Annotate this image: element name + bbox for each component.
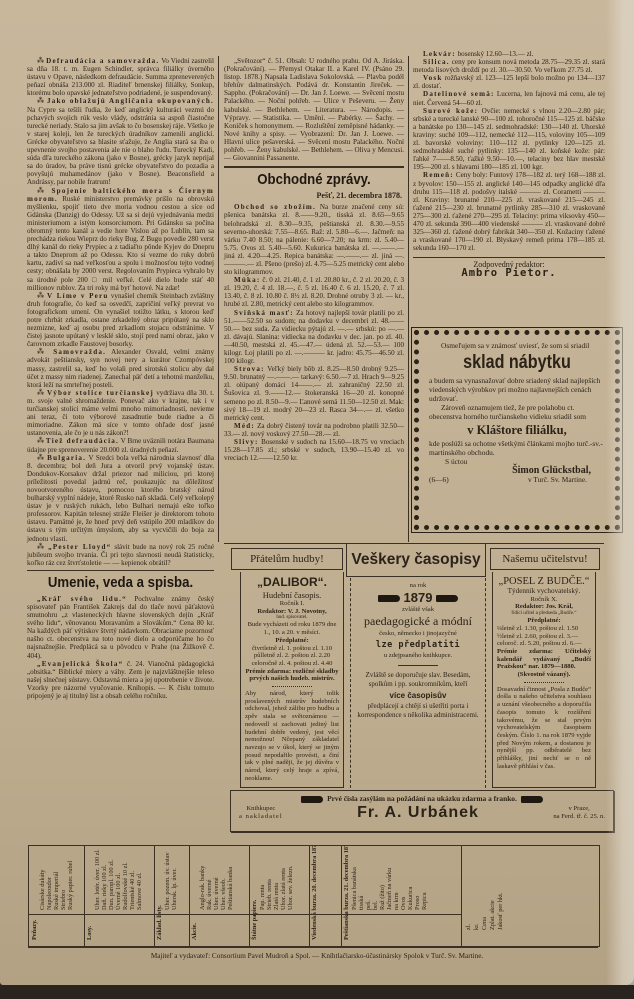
dalibor-pricing-label: Předplatné: bbox=[275, 637, 308, 644]
value-separator bbox=[29, 914, 84, 915]
news-item: Silica. ceny pre konsum nová metoda 28.7… bbox=[413, 58, 605, 74]
market-row-label: Salmove 40 zl. bbox=[136, 850, 143, 910]
news-item-lead: Tiež defraudácia. bbox=[46, 437, 119, 445]
newspaper-page: ⁂ Defraudácia a samovražda. Vo Viedni za… bbox=[0, 0, 634, 985]
ad-intro: Osmeľujem sa v známosť uviesť, že som si… bbox=[429, 341, 605, 350]
posel-subtitle: Týdenník vychovatelský. bbox=[497, 588, 591, 596]
price-line: ¼letně zl. 1.30, poštou zl. 1.50 bbox=[497, 625, 591, 633]
ad-header-periodicals: Veškery časopisy bbox=[346, 543, 486, 577]
news-column-left: ⁂ Defraudácia a samovražda. Vo Viedni za… bbox=[27, 57, 214, 700]
pointing-hand-icon bbox=[436, 595, 458, 602]
news-item: Remeň: Ceny boly: Funtový 178—182 zl. te… bbox=[413, 171, 605, 252]
ad-header-teachers: Našemu učitelstvu! bbox=[490, 548, 600, 570]
value-separator bbox=[309, 914, 341, 915]
market-section: Základ. listy.Uher. pozem. úv. ústavUher… bbox=[154, 846, 190, 946]
periodicals-body: Zvláště se doporučuje slav. Besedám, spo… bbox=[355, 671, 481, 690]
market-section-title: Základ. listy. bbox=[156, 850, 163, 940]
section-divider bbox=[224, 166, 404, 168]
news-item: ⁂ Tiež defraudácia. V Brne uväznili notá… bbox=[27, 437, 214, 453]
dalibor-body: Aby národ, který tolik proslavených mist… bbox=[245, 690, 339, 782]
news-column-right: Lekvár: bosenský 12.60—13.— zl.Silica. c… bbox=[413, 50, 605, 278]
dalibor-schedule: Bude vycházeti od roku 1879 dne 1., 10. … bbox=[245, 621, 339, 636]
news-item-lead: Bulgaria. bbox=[47, 454, 86, 462]
news-item: ⁂ Spojenie baltického mora s Čiernym mor… bbox=[27, 187, 214, 292]
news-item: ⁂ Samovražda. Alexander Osvald, velmi zn… bbox=[27, 348, 214, 388]
section-divider bbox=[413, 257, 605, 258]
market-section-title: Štátne papiere. bbox=[251, 850, 258, 940]
price-line: čtvrtletně zl. 1. poštou zl. 1.10 bbox=[245, 645, 339, 653]
svetozor-notice: „Světozor“ č. 51. Obsah: U rodného prahu… bbox=[224, 57, 404, 162]
posel-body: Dosavadní činnost „Posla z Budče“ došla … bbox=[497, 686, 591, 771]
dalibor-editor: Redaktor: V. J. Novotny, bbox=[257, 608, 326, 615]
ad-body: a budem sa vynasnažovať dobre sriadený s… bbox=[429, 376, 605, 403]
news-item-lead: Jako oblažujú Angličania okupovaných. bbox=[47, 97, 214, 105]
news-item-lead: Vosk bbox=[423, 74, 443, 82]
news-item: ⁂ Defraudácia a samovražda. Vo Viedni za… bbox=[27, 57, 214, 97]
furniture-store-ad: Osmeľujem sa v známosť uviesť, že som si… bbox=[414, 330, 620, 530]
news-item-text: Ceny boly: Funtový 178—182 zl. terý 168—… bbox=[413, 171, 605, 252]
posel-premium: Prémie zdarma: Učitelský kalendář vydáva… bbox=[497, 648, 591, 670]
arts-items: „Kráľ svého lidu.“ Pochvalne známy český… bbox=[27, 595, 214, 700]
ad-body: Zároveň oznamujem tiež, že pre polahobu … bbox=[429, 403, 605, 421]
news-item-lead: Obchod so zbožím. bbox=[234, 203, 316, 211]
ad-headline: sklad nábytku bbox=[442, 350, 592, 376]
news-item-lead: „Evanjelická Škola“ bbox=[37, 660, 123, 668]
dateline: Pešť, 21. decembra 1878. bbox=[224, 192, 402, 200]
news-item-text: Za hotový najlepší továr platili po zl. … bbox=[224, 309, 404, 366]
market-section-title: Akcie. bbox=[191, 850, 198, 940]
posel-pricing: ¼letně zl. 1.30, poštou zl. 1.50½letně z… bbox=[497, 625, 591, 648]
news-item: Lekvár: bosenský 12.60—13.— zl. bbox=[413, 50, 605, 58]
news-item: Slivy: Bosenské v sudoch na 15.60—18.75 … bbox=[224, 438, 404, 462]
pointing-hand-icon bbox=[521, 796, 543, 803]
market-column-header: kr. bbox=[473, 850, 480, 930]
news-item-lead: Defraudácia a samovražda. bbox=[46, 57, 159, 65]
market-price-table: Peňazy.Cisárske dukátyNapoleondorRuské i… bbox=[28, 845, 600, 947]
value-separator bbox=[154, 914, 189, 915]
publisher-banner: Prvé čísla zasýlám na požádání na ukázku… bbox=[230, 790, 614, 832]
news-item: Surové kože: Ovčie: nemecké s vlnou 2.20… bbox=[413, 107, 605, 172]
news-item-lead: Výbor stolice turčianskej bbox=[47, 389, 154, 397]
periodicals-headline: paedagogické a módní bbox=[355, 613, 481, 630]
news-item: „Evanjelická Škola“ č. 24. Vianočná päda… bbox=[27, 660, 214, 700]
ad-signature: Šimon Glückstbal, bbox=[429, 466, 591, 475]
editor-name: Ambro Pietor. bbox=[413, 269, 605, 277]
market-row-label: Ruský papier. rubel bbox=[67, 850, 74, 910]
column-rule bbox=[218, 56, 219, 542]
pointing-hand-icon bbox=[378, 595, 400, 602]
table-bottom-rule bbox=[28, 946, 598, 948]
market-column-header: Cena bbox=[481, 850, 488, 930]
publisher-name: Fr. A. Urbánek bbox=[357, 804, 479, 822]
news-item: „Kráľ svého lidu.“ Pochvalne známy český… bbox=[27, 595, 214, 660]
news-item: ⁂ „Pester Lloyd“ slávit bude na nový rok… bbox=[27, 543, 214, 567]
column-rule bbox=[408, 56, 409, 542]
news-item-lead: Slivy: bbox=[234, 438, 259, 446]
section-title-trade: Obchodné zprávy. bbox=[235, 171, 393, 189]
section-divider bbox=[27, 570, 214, 571]
price-line: ½letně zl. 2.60, poštou zl. 3.— bbox=[497, 633, 591, 641]
for-year-label: na rok bbox=[355, 582, 481, 590]
where-label: u zdejpsaného knihkupce. bbox=[355, 652, 481, 660]
ad-body: kde poslúži sa ochotne všetkými článkami… bbox=[429, 439, 605, 457]
especially-label: zvláště však bbox=[355, 606, 481, 614]
news-item-lead: Méd: bbox=[234, 422, 255, 430]
publisher-address: v Praze,na Ferd. tř. č. 25. n. bbox=[553, 805, 605, 821]
posel-pricing-label: Předplatné: bbox=[527, 617, 560, 624]
market-section: Losy.Uher. lotér. úver. 100 zl.Daň. riek… bbox=[84, 846, 155, 946]
news-item: Strova: Veľký biely bôb zl. 8.25—8.50 dr… bbox=[224, 365, 404, 422]
news-item-lead: Remeň: bbox=[423, 171, 454, 179]
news-item-text: Na Cypre sa tešili ľudia, že keď anglick… bbox=[27, 106, 214, 187]
banner-line: Prvé čísla zasýlám na požádání na ukázku… bbox=[231, 793, 613, 804]
news-item-text: vydržiava dňa 30. t. m. svoje valné shro… bbox=[27, 389, 214, 437]
news-items: ⁂ Defraudácia a samovražda. Vo Viedni za… bbox=[27, 57, 214, 567]
value-separator bbox=[189, 914, 249, 915]
market-row-label: Uhor. sev. železn. bbox=[287, 850, 294, 910]
value-separator bbox=[249, 914, 309, 915]
news-item-lead: Strova: bbox=[234, 365, 265, 373]
news-item-lead: „Pester Lloyd“ bbox=[48, 543, 111, 551]
posel-volume: Ročník X. bbox=[497, 596, 591, 604]
news-item: ⁂ Výbor stolice turčianskej vydržiava dň… bbox=[27, 389, 214, 438]
news-item-lead: V Líme v Peru bbox=[47, 292, 109, 300]
ornament-divider bbox=[272, 686, 312, 687]
news-item: Datelinové semä: Lucerna, len fajnová má… bbox=[413, 90, 605, 106]
ad-subheadline: v Kláštore filiálku, bbox=[429, 421, 605, 439]
news-item-text: V Sredci bola veľká národnia slavnosť dň… bbox=[27, 454, 214, 543]
news-item-text: bosenský 12.60—13.— zl. bbox=[458, 50, 534, 58]
trade-items-continued: Lekvár: bosenský 12.60—13.— zl.Silica. c… bbox=[413, 50, 605, 252]
news-item-text: Veľký biely bôb zl. 8.25—8.50 drobný 9.2… bbox=[224, 365, 404, 422]
news-item: Múka: č. 0 zl. 21.40, č. 1 zl. 20.80 kr.… bbox=[224, 276, 404, 308]
news-item-lead: „Kráľ svého lidu.“ bbox=[37, 595, 127, 603]
news-item-text: Pochvalne známy český spisovateľ pán Fra… bbox=[27, 595, 214, 660]
periodicals-body: předplácejí a chtějí si ušetřiti porta i… bbox=[355, 702, 481, 721]
languages: česko, německo i jinojazyčné bbox=[355, 630, 481, 638]
news-item: Obchod so zbožím. Na burze značené ceny … bbox=[224, 203, 404, 276]
periodicals-ad: na rok 1879 zvláště však paedagogické a … bbox=[350, 578, 486, 788]
news-item: ⁂ Jako oblažujú Angličania okupovaných. … bbox=[27, 97, 214, 186]
dalibor-premium: Prémie zdarma: rozličné skladby prvých n… bbox=[245, 668, 338, 683]
news-item: Vosk rožňavský zl. 123—125 lepší bolo mo… bbox=[413, 74, 605, 90]
dalibor-subtitle: Hudební časopis. bbox=[245, 590, 339, 600]
dalibor-title: „DALIBOR“. bbox=[245, 575, 339, 590]
year-row: 1879 bbox=[355, 590, 481, 606]
news-item-lead: Lekvár: bbox=[423, 50, 456, 58]
market-section: Peštianska burza. 21. decembra 1878.Pšen… bbox=[341, 846, 462, 946]
news-item: Méd: Za dobrý čistený továr na podrobno … bbox=[224, 422, 404, 438]
market-section: Akcie.Anglo-rak. bankyRak. úvernéUher. ú… bbox=[189, 846, 250, 946]
subscribe-label: lze předplatiti bbox=[355, 638, 481, 652]
year: 1879 bbox=[404, 590, 433, 605]
posel-editor: Redaktor: Jos. Král, bbox=[515, 603, 573, 610]
market-section-title: Peštianska burza. 21. decembra 1878. bbox=[343, 850, 350, 940]
news-item-lead: Samovražda. bbox=[53, 348, 106, 356]
ornament-divider bbox=[524, 682, 564, 683]
market-section: Štátne papiere.Pap. rentaStrieb. rentaZl… bbox=[249, 846, 310, 946]
section-title-arts: Umenie, veda a spisba. bbox=[38, 574, 203, 592]
market-section: Viedenská burza. 20. decembra 1878. bbox=[309, 846, 342, 946]
news-item-lead: Múka: bbox=[234, 276, 261, 284]
divider bbox=[398, 665, 438, 666]
ad-header-music: Přátelům hudby! bbox=[231, 548, 343, 570]
news-item-text: Ruské ministerstvo premávky prišlo na ob… bbox=[27, 195, 214, 292]
posel-bound: (Skvostně vázaný). bbox=[518, 671, 571, 678]
news-item-lead: Sviňská masť: bbox=[234, 309, 294, 317]
pointing-hand-icon bbox=[301, 796, 323, 803]
market-row-label: Peštianská banka bbox=[227, 850, 234, 910]
dalibor-volume: Ročník I. bbox=[245, 600, 339, 608]
price-line: celoroč. zl. 5.20, poštou zl. 6.— bbox=[497, 640, 591, 648]
market-section-title: Losy. bbox=[86, 850, 93, 940]
news-item-text: Na burze značené ceny sú: pšenica banáts… bbox=[224, 203, 404, 276]
market-section-title: Viedenská burza. 20. decembra 1878. bbox=[311, 850, 318, 940]
dalibor-ad: „DALIBOR“. Hudební časopis. Ročník I. Re… bbox=[240, 572, 344, 788]
news-item-text: vynašiel chemik Steinbach zvláštny druh … bbox=[27, 292, 214, 349]
market-section-title: Peňazy. bbox=[31, 850, 38, 940]
dalibor-pricing: čtvrtletně zl. 1. poštou zl. 1.10půlletn… bbox=[245, 645, 339, 668]
posel-z-budce-ad: „POSEL Z BUDČE.“ Týdenník vychovatelský.… bbox=[492, 572, 596, 788]
ad-number: (6—6) bbox=[429, 475, 449, 484]
trade-items: Obchod so zbožím. Na burze značené ceny … bbox=[224, 203, 404, 462]
market-column-header: zl. bbox=[465, 850, 472, 930]
news-item-text: Ovčie: nemecké s vlnou 2.20—2.80 pár; sr… bbox=[413, 107, 605, 172]
news-item-lead: Silica. bbox=[423, 58, 450, 66]
news-column-middle: „Světozor“ č. 51. Obsah: U rodného prahu… bbox=[224, 57, 404, 462]
market-column-header: Zplat. akcie bbox=[489, 850, 496, 930]
market-section: Peňazy.Cisárske dukátyNapoleondorRuské i… bbox=[29, 846, 85, 946]
news-item: ⁂ Bulgaria. V Sredci bola veľká národnia… bbox=[27, 454, 214, 543]
price-line: půlletně zl. 2. poštou zl. 2.20 bbox=[245, 652, 339, 660]
news-item: ⁂ V Líme v Peru vynašiel chemik Steinbac… bbox=[27, 292, 214, 349]
ad-location: v Turč. Sv. Martine. bbox=[528, 475, 587, 484]
market-row-label: Uhersk. lp. úver. bbox=[171, 850, 178, 910]
news-item-lead: Datelinové semä: bbox=[423, 90, 495, 98]
imprint-footer: Majiteľ a vydavateľ: Consortium Pavel Mu… bbox=[0, 952, 634, 960]
publisher-role: Knihkupeca nakladatel bbox=[239, 805, 283, 821]
market-row-label: Repica bbox=[421, 850, 428, 910]
banner-text: Prvé čísla zasýlám na požádání na ukázku… bbox=[327, 794, 517, 803]
news-item-lead: Surové kože: bbox=[423, 107, 478, 115]
price-line: celoročně zl. 4. poštou zl. 4.40 bbox=[245, 660, 339, 668]
market-column-header: Jakosť per hkt. bbox=[497, 850, 504, 930]
value-separator bbox=[84, 914, 154, 915]
periodicals-body-bold: více časopisův bbox=[355, 690, 481, 702]
news-item: Sviňská masť: Za hotový najlepší továr p… bbox=[224, 309, 404, 366]
value-separator bbox=[341, 914, 461, 915]
